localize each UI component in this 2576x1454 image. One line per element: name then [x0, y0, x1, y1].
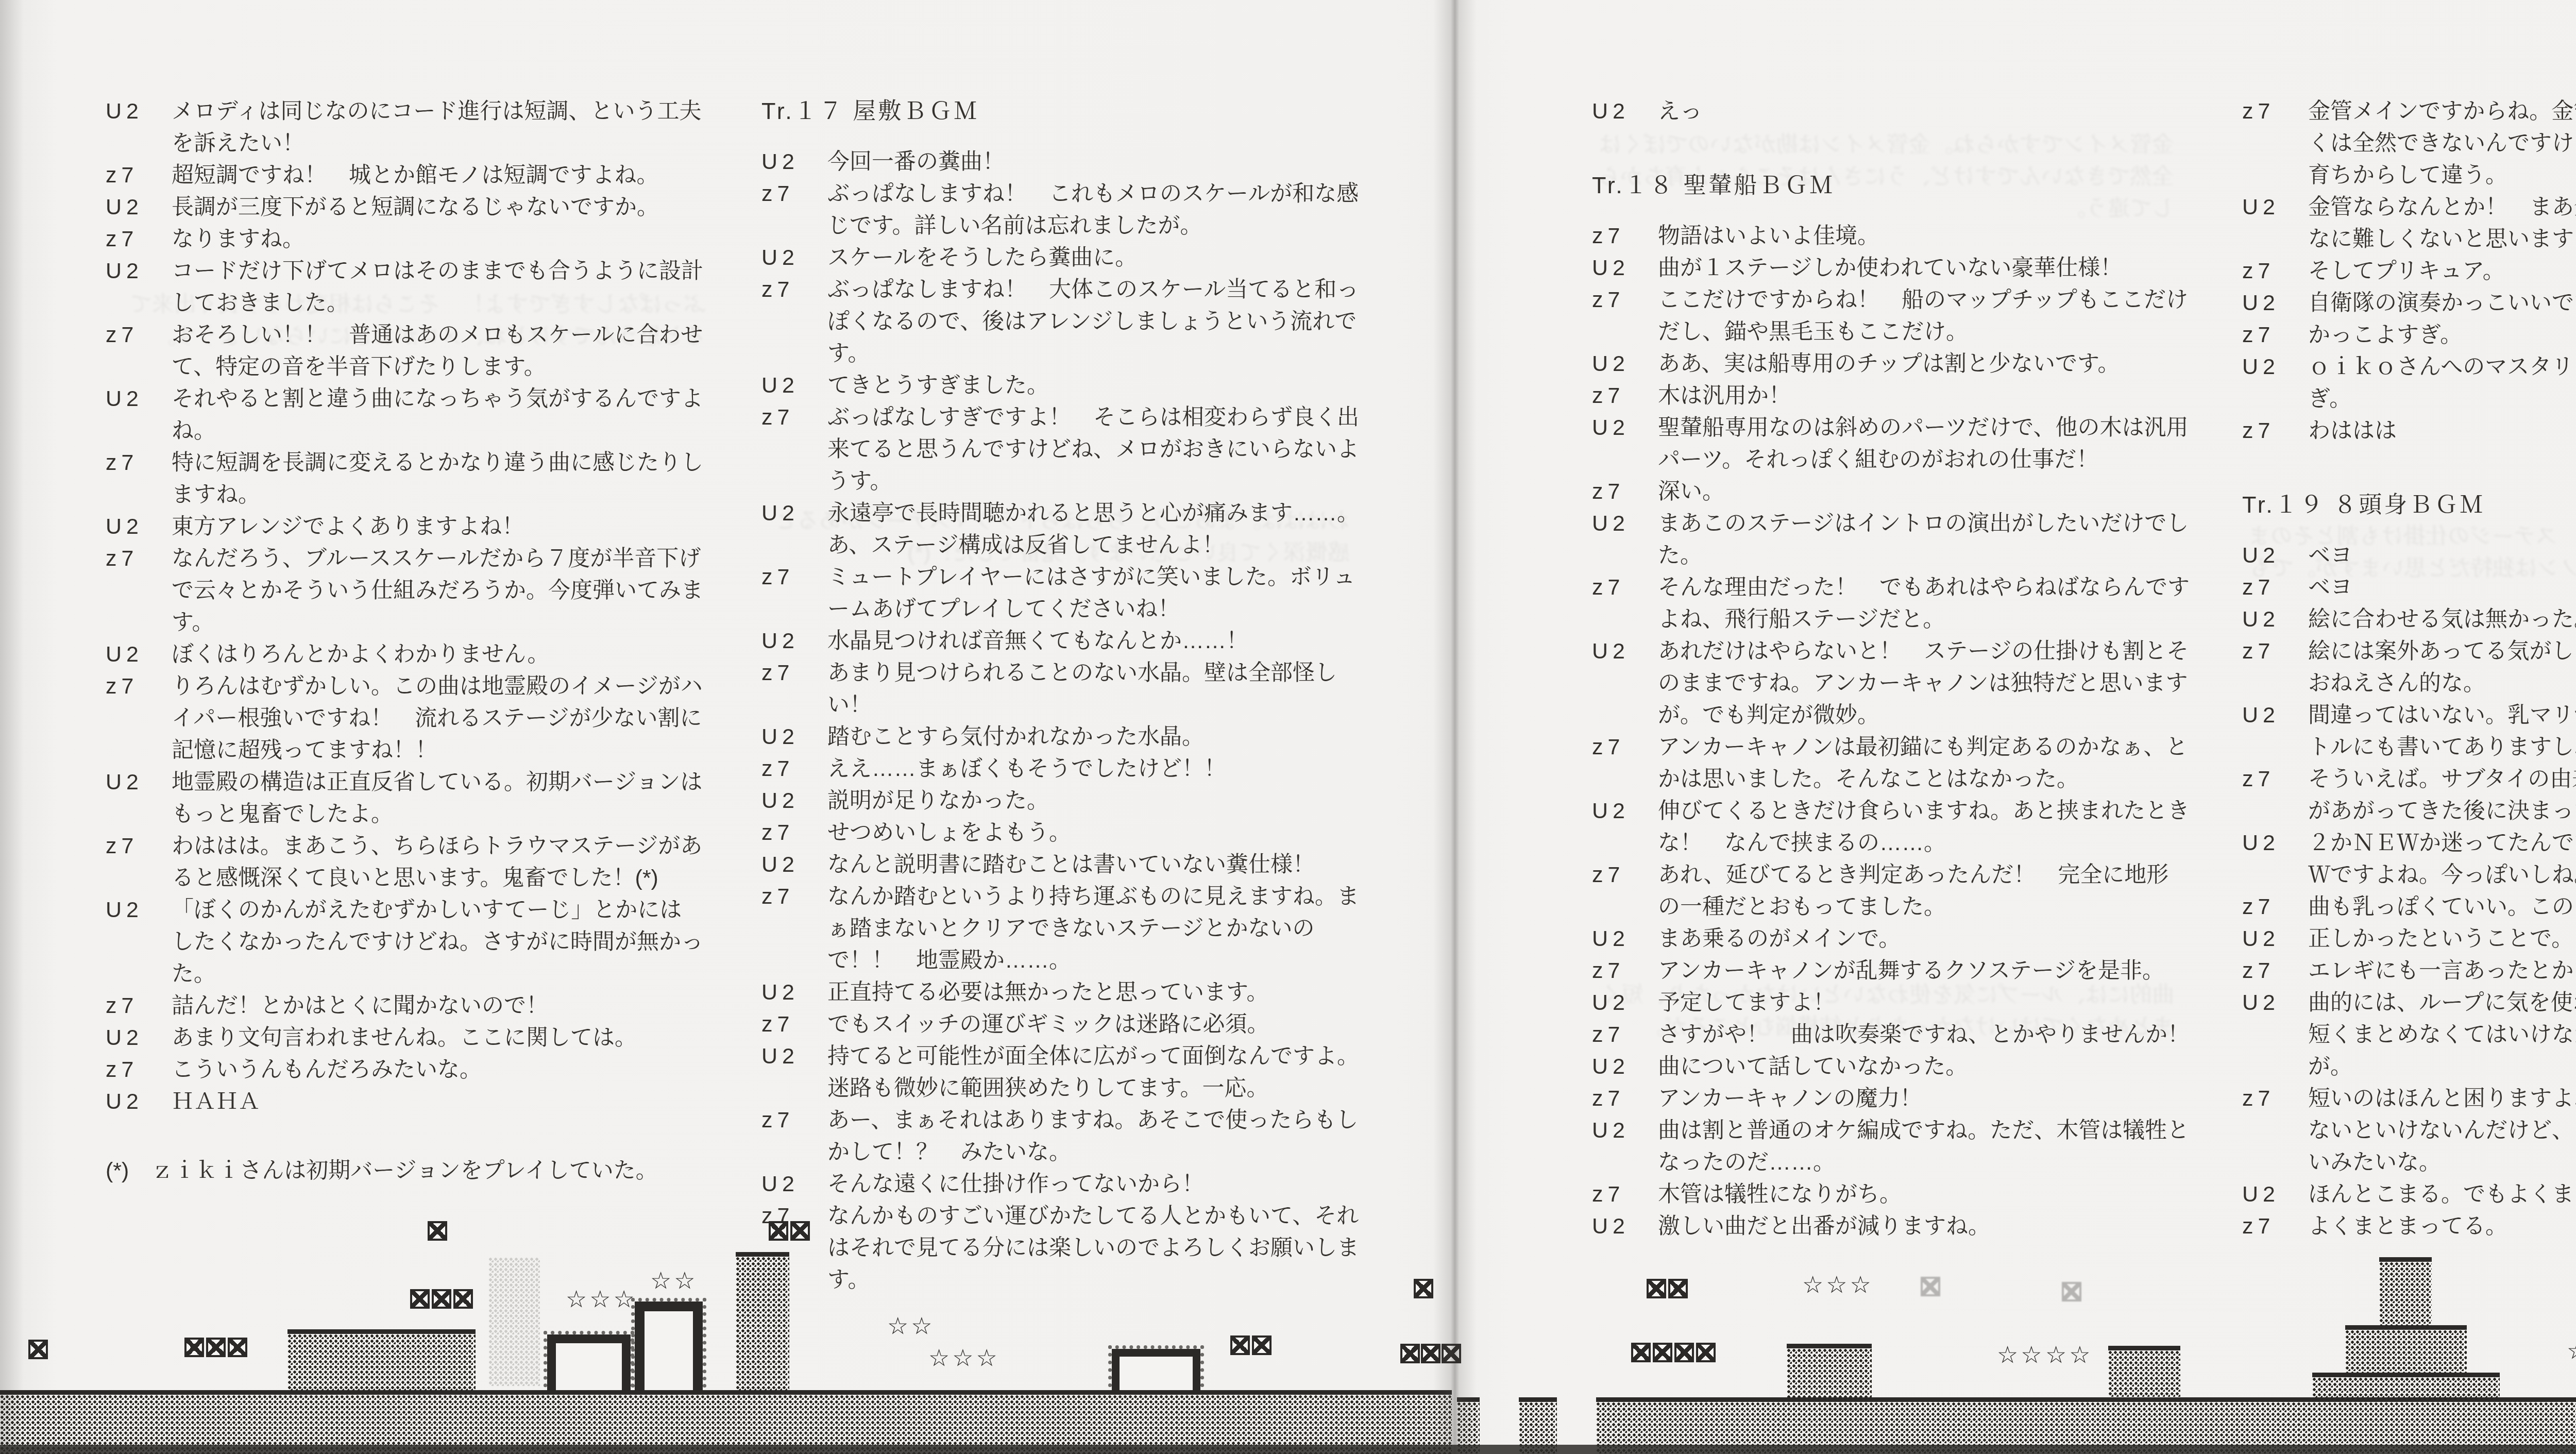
- dialogue-text: 金管ならなんとか！ まあ金管は木管に比べたらそんなに難しくないと思いますけどね。: [2308, 191, 2576, 255]
- speaker-label: z7: [1592, 1083, 1658, 1114]
- speaker-label: z7: [2242, 1210, 2308, 1242]
- speaker-label: U2: [106, 638, 172, 670]
- speaker-label: U2: [761, 785, 827, 817]
- speaker-label: U2: [106, 383, 172, 415]
- speaker-label: z7: [2242, 255, 2308, 287]
- speaker-label: z7: [1592, 731, 1658, 763]
- crate-block-icon: [428, 1221, 447, 1241]
- dialogue-line: z7かっこよすぎ。: [2242, 319, 2576, 351]
- dialogue-text: メロディは同じなのにコード進行は短調、という工夫を訴えたい！: [172, 95, 703, 159]
- star-icons: ☆☆☆: [566, 1287, 637, 1311]
- speaker-label: U2: [761, 849, 827, 881]
- dialogue-column-2: Tr.１７ 屋敷ＢＧＭU2今回一番の糞曲！z7ぶっぱなしますね！ これもメロのス…: [761, 95, 1359, 1296]
- speaker-label: U2: [2242, 827, 2308, 859]
- speaker-label: z7: [2242, 635, 2308, 667]
- goal-arch-icon: [1112, 1349, 1200, 1391]
- dialogue-line: U2持てると可能性が面全体に広がって面倒なんですよ。迷路も微妙に範囲狭めたりして…: [761, 1040, 1359, 1104]
- dialogue-text: あまり文句言われませんね。ここに関しては。: [172, 1022, 703, 1054]
- dialogue-line: z7特に短調を長調に変えるとかなり違う曲に感じたりしますね。: [106, 447, 703, 511]
- dialogue-text: なりますね。: [172, 223, 703, 255]
- speaker-label: z7: [1592, 284, 1658, 316]
- speaker-label: z7: [106, 543, 172, 574]
- speaker-label: z7: [1592, 1178, 1658, 1210]
- dialogue-text: アンカーキャノンが乱舞するクソステージを是非。: [1658, 955, 2190, 987]
- speaker-label: z7: [1592, 1019, 1658, 1051]
- crate-block-icon: [1696, 1343, 1716, 1362]
- crate-block-icon: [410, 1289, 430, 1309]
- dialogue-line: U2ｏｉｋｏさんへのマスタリングの文句がありますがつぎ。: [2242, 351, 2576, 415]
- ground: [0, 1390, 1452, 1454]
- dialogue-line: U2予定してますよ！: [1592, 987, 2190, 1019]
- dialogue-text: あまり見つけられることのない水晶。壁は全部怪しい！: [827, 657, 1359, 721]
- dialogue-line: U2曲は割と普通のオケ編成ですね。ただ、木管は犠牲となったのだ……。: [1592, 1114, 2190, 1178]
- speaker-label: z7: [106, 447, 172, 479]
- dialogue-text: かっこよすぎ。: [2308, 319, 2576, 351]
- footnote-text: (*) ｚｉｋｉさんは初期バージョンをプレイしていた。: [106, 1155, 703, 1187]
- dialogue-text: 金管メインですからね。金管メインは勘がないのでぼくは全然できないんですけど、うに…: [2308, 95, 2576, 191]
- dialogue-text: りろんはむずかしい。この曲は地霊殿のイメージがハイパー根強いですね！ 流れるステ…: [172, 670, 703, 766]
- dialogue-text: せつめいしょをよもう。: [827, 817, 1359, 849]
- speaker-label: z7: [761, 1008, 827, 1040]
- dialogue-text: なんと説明書に踏むことは書いていない糞仕様！: [827, 849, 1359, 881]
- dialogue-line: z7ミュートプレイヤーにはさすがに笑いました。ボリュームあげてプレイしてください…: [761, 561, 1359, 625]
- dialogue-line: z7超短調ですね！ 城とか館モノは短調ですよね。: [106, 159, 703, 191]
- speaker-label: U2: [761, 1040, 827, 1072]
- crate-block-icon: [184, 1338, 204, 1357]
- dialogue-line: z7木管は犠牲になりがち。: [1592, 1178, 2190, 1210]
- dialogue-text: 超短調ですね！ 城とか館モノは短調ですよね。: [172, 159, 703, 191]
- star-icons: ☆☆☆: [1802, 1273, 1874, 1296]
- dialogue-text: ほんとこまる。でもよくまとまった。: [2308, 1178, 2576, 1210]
- dialogue-line: U2てきとうすぎました。: [761, 369, 1359, 401]
- dialogue-text: そしてプリキュア。: [2308, 255, 2576, 287]
- speaker-label: U2: [761, 369, 827, 401]
- dialogue-text: ２かＮＥＷか迷ってたんですが、まあこの絵ならＮＥＷですよね。今っぽいしね。: [2308, 827, 2576, 891]
- dialogue-line: z7物語はいよいよ佳境。: [1592, 220, 2190, 252]
- dialogue-line: U2正しかったということで。: [2242, 923, 2576, 955]
- dialogue-line: z7ここだけですからね！ 船のマップチップもここだけだし、錨や黒毛玉もここだけ。: [1592, 284, 2190, 348]
- speaker-label: U2: [1592, 348, 1658, 380]
- star-icons: ☆☆☆☆: [2567, 1339, 2576, 1362]
- dialogue-text: ベヨ: [2308, 539, 2576, 571]
- dialogue-line: z7りろんはむずかしい。この曲は地霊殿のイメージがハイパー根強いですね！ 流れる…: [106, 670, 703, 766]
- speaker-label: z7: [106, 670, 172, 702]
- dialogue-line: z7でもスイッチの運びギミックは迷路に必須。: [761, 1008, 1359, 1040]
- speaker-label: U2: [1592, 412, 1658, 444]
- goal-arch-icon: [635, 1301, 703, 1391]
- dialogue-line: z7あまり見つけられることのない水晶。壁は全部怪しい！: [761, 657, 1359, 721]
- dialogue-text: 東方アレンジでよくありますよね！: [172, 511, 703, 543]
- crate-block-icon: [206, 1338, 226, 1357]
- dialogue-text: 短いのはほんと困りますよね。すぐ終わるから終わらないといけないんだけど、イントロ…: [2308, 1083, 2576, 1178]
- dialogue-line: z7アンカーキャノンが乱舞するクソステージを是非。: [1592, 955, 2190, 987]
- bleedthrough-platform: [488, 1257, 540, 1386]
- dialogue-text: ぶっぱなしますね！ 大体このスケール当てると和っぽくなるので、後はアレンジしまし…: [827, 274, 1359, 369]
- dialogue-text: さすがや！ 曲は吹奏楽ですね、とかやりませんか！: [1658, 1019, 2190, 1051]
- speaker-label: z7: [1592, 220, 1658, 252]
- star-icons: ☆☆: [2045, 1343, 2093, 1366]
- dialogue-text: 予定してますよ！: [1658, 987, 2190, 1019]
- dialogue-line: z7わははは: [2242, 415, 2576, 447]
- speaker-label: U2: [1592, 795, 1658, 827]
- speaker-label: z7: [761, 178, 827, 210]
- dialogue-text: 踏むことすら気付かれなかった水晶。: [827, 721, 1359, 753]
- dialogue-text: そんな理由だった！ でもあれはやらねばならんですよね、飛行船ステージだと。: [1658, 571, 2190, 635]
- crate-block-icon: [1252, 1335, 1272, 1355]
- dialogue-text: ｏｉｋｏさんへのマスタリングの文句がありますがつぎ。: [2308, 351, 2576, 415]
- speaker-label: U2: [1592, 923, 1658, 955]
- crate-block-icon: [1230, 1335, 1250, 1355]
- dialogue-text: まあ乗るのがメインで。: [1658, 923, 2190, 955]
- speaker-label: z7: [761, 274, 827, 306]
- dialogue-text: ベヨ: [2308, 571, 2576, 603]
- speaker-label: U2: [761, 976, 827, 1008]
- star-icons: ☆☆: [650, 1269, 698, 1292]
- dialogue-text: 曲は割と普通のオケ編成ですね。ただ、木管は犠牲となったのだ……。: [1658, 1114, 2190, 1178]
- speaker-label: z7: [106, 223, 172, 255]
- dialogue-text: 曲も乳っぽくていい。この曲は絶対貧乳ではない。: [2308, 891, 2576, 923]
- dialogue-text: 特に短調を長調に変えるとかなり違う曲に感じたりしますね。: [172, 447, 703, 511]
- dialogue-text: ＨＡＨＡ: [172, 1086, 703, 1118]
- speaker-label: U2: [2242, 603, 2308, 635]
- star-icons: ☆☆: [1997, 1343, 2044, 1366]
- dialogue-line: z7曲も乳っぽくていい。この曲は絶対貧乳ではない。: [2242, 891, 2576, 923]
- dialogue-text: アンカーキャノンは最初錨にも判定あるのかなぁ、とかは思いました。そんなことはなか…: [1658, 731, 2190, 795]
- speaker-label: z7: [761, 753, 827, 785]
- scan-edge-shadow: [0, 0, 24, 1454]
- speaker-label: z7: [761, 881, 827, 912]
- dialogue-text: こういうんもんだろみたいな。: [172, 1054, 703, 1086]
- dialogue-text: 絵に合わせる気は無かった。: [2308, 603, 2576, 635]
- speaker-label: z7: [1592, 571, 1658, 603]
- speaker-label: z7: [106, 990, 172, 1022]
- dialogue-text: 伸びてくるときだけ食らいますね。あと挟まれたときな！ なんで挟まるの……。: [1658, 795, 2190, 859]
- speaker-label: U2: [106, 191, 172, 223]
- dialogue-line: U2東方アレンジでよくありますよね！: [106, 511, 703, 543]
- crate-block-icon: [1921, 1277, 1940, 1296]
- speaker-label: U2: [1592, 1114, 1658, 1146]
- dialogue-line: z7なんか踏むというより持ち運ぶものに見えますね。まぁ踏まないとクリアできないス…: [761, 881, 1359, 976]
- dialogue-text: そんな遠くに仕掛け作ってないから！: [827, 1168, 1359, 1200]
- dialogue-line: U2正直持てる必要は無かったと思っています。: [761, 976, 1359, 1008]
- dialogue-line: U2説明が足りなかった。: [761, 785, 1359, 817]
- dialogue-line: z7木は汎用か！: [1592, 380, 2190, 412]
- dialogue-line: U2曲的には、ループに気を使わないといけなかったり、短くまとめなくてはいけなかっ…: [2242, 987, 2576, 1083]
- dialogue-text: ぶっぱなしますね！ これもメロのスケールが和な感じです。詳しい名前は忘れましたが…: [827, 178, 1359, 242]
- dialogue-text: ここだけですからね！ 船のマップチップもここだけだし、錨や黒毛玉もここだけ。: [1658, 284, 2190, 348]
- speaker-label: U2: [2242, 1178, 2308, 1210]
- speaker-label: z7: [761, 817, 827, 849]
- dialogue-text: でもスイッチの運びギミックは迷路に必須。: [827, 1008, 1359, 1040]
- dialogue-line: z7そんな理由だった！ でもあれはやらねばならんですよね、飛行船ステージだと。: [1592, 571, 2190, 635]
- dialogue-line: U2えっ: [1592, 95, 2190, 127]
- speaker-label: U2: [106, 766, 172, 798]
- dialogue-line: z7そしてプリキュア。: [2242, 255, 2576, 287]
- dialogue-text: 永遠亭で長時間聴かれると思うと心が痛みます……。あ、ステージ構成は反省してません…: [827, 497, 1359, 561]
- crate-block-icon: [1674, 1343, 1694, 1362]
- speaker-label: U2: [2242, 287, 2308, 319]
- dialogue-text: 聖輦船専用なのは斜めのパーツだけで、他の木は汎用パーツ。それっぽく組むのがおれの…: [1658, 412, 2190, 476]
- speaker-label: z7: [2242, 319, 2308, 351]
- dialogue-line: U2ぼくはりろんとかよくわかりません。: [106, 638, 703, 670]
- dialogue-text: 地霊殿の構造は正直反省している。初期バージョンはもっと鬼畜でしたよ。: [172, 766, 703, 830]
- dialogue-line: U2ベヨ: [2242, 539, 2576, 571]
- crate-block-icon: [228, 1338, 247, 1357]
- speaker-label: U2: [106, 511, 172, 543]
- dialogue-line: U2コードだけ下げてメロはそのままでも合うように設計しておきました。: [106, 255, 703, 319]
- speaker-label: U2: [761, 242, 827, 274]
- dialogue-text: 絵には案外あってる気がしませんか？ お色気オサレおねえさん的な。: [2308, 635, 2576, 699]
- dialogue-line: z7ぶっぱなしますね！ 大体このスケール当てると和っぽくなるので、後はアレンジし…: [761, 274, 1359, 369]
- crate-block-icon: [1668, 1279, 1688, 1298]
- speaker-label: z7: [761, 561, 827, 593]
- speaker-label: z7: [106, 1054, 172, 1086]
- dialogue-line: z7詰んだ！とかはとくに聞かないので！: [106, 990, 703, 1022]
- dialogue-line: z7さすがや！ 曲は吹奏楽ですね、とかやりませんか！: [1592, 1019, 2190, 1051]
- dialogue-text: 正しかったということで。: [2308, 923, 2576, 955]
- dialogue-line: U2聖輦船専用なのは斜めのパーツだけで、他の木は汎用パーツ。それっぽく組むのがお…: [1592, 412, 2190, 476]
- dialogue-text: それやると割と違う曲になっちゃう気がするんですよね。: [172, 383, 703, 447]
- speaker-label: U2: [761, 1168, 827, 1200]
- dialogue-line: U2踏むことすら気付かれなかった水晶。: [761, 721, 1359, 753]
- dialogue-text: わははは。まあこう、ちらほらトラウマステージがあると感慨深くて良いと思います。鬼…: [172, 830, 703, 894]
- speaker-label: z7: [106, 159, 172, 191]
- dialogue-text: 木は汎用か！: [1658, 380, 2190, 412]
- dialogue-line: U2永遠亭で長時間聴かれると思うと心が痛みます……。あ、ステージ構成は反省してま…: [761, 497, 1359, 561]
- crate-block-icon: [1653, 1343, 1672, 1362]
- dialogue-text: なんだろう、ブルーススケールだから７度が半音下げで云々とかそういう仕組みだろうか…: [172, 543, 703, 638]
- dialogue-line: U2なんと説明書に踏むことは書いていない糞仕様！: [761, 849, 1359, 881]
- dialogue-line: U2そんな遠くに仕掛け作ってないから！: [761, 1168, 1359, 1200]
- star-icons: ☆☆☆: [928, 1346, 1000, 1370]
- dialogue-line: z7せつめいしょをよもう。: [761, 817, 1359, 849]
- dialogue-line: U2自衛隊の演奏かっこいいですよね。: [2242, 287, 2576, 319]
- dialogue-line: z7エレギにも一言あったとかなんとか。: [2242, 955, 2576, 987]
- dialogue-line: U2それやると割と違う曲になっちゃう気がするんですよね。: [106, 383, 703, 447]
- dialogue-text: なんかものすごい運びかたしてる人とかもいて、それはそれで見てる分には楽しいのでよ…: [827, 1200, 1359, 1296]
- dialogue-text: 自衛隊の演奏かっこいいですよね。: [2308, 287, 2576, 319]
- star-icons: ☆☆: [887, 1314, 935, 1338]
- crate-block-icon: [28, 1340, 48, 1359]
- dialogue-text: 今回一番の糞曲！: [827, 146, 1359, 178]
- speaker-label: z7: [1592, 476, 1658, 508]
- dialogue-line: U2地霊殿の構造は正直反省している。初期バージョンはもっと鬼畜でしたよ。: [106, 766, 703, 830]
- dialogue-line: U2「ぼくのかんがえたむずかしいすてーじ」とかにはしたくなかったんですけどね。さ…: [106, 894, 703, 990]
- dialogue-line: z7おそろしい！！ 普通はあのメロもスケールに合わせて、特定の音を半音下げたりし…: [106, 319, 703, 383]
- dialogue-line: U2今回一番の糞曲！: [761, 146, 1359, 178]
- dialogue-text: エレギにも一言あったとかなんとか。: [2308, 955, 2576, 987]
- dialogue-line: U2まあ乗るのがメインで。: [1592, 923, 2190, 955]
- dialogue-text: アンカーキャノンの魔力！: [1658, 1083, 2190, 1114]
- dialogue-line: z7こういうんもんだろみたいな。: [106, 1054, 703, 1086]
- dialogue-text: あー、まぁそれはありますね。あそこで使ったらもしかして！？ みたいな。: [827, 1104, 1359, 1168]
- speaker-label: U2: [1592, 635, 1658, 667]
- dialogue-line: U2水晶見つければ音無くてもなんとか……！: [761, 625, 1359, 657]
- dialogue-text: ええ……まぁぼくもそうでしたけど！！: [827, 753, 1359, 785]
- dialogue-text: 水晶見つければ音無くてもなんとか……！: [827, 625, 1359, 657]
- dialogue-line: U2ＨＡＨＡ: [106, 1086, 703, 1118]
- dialogue-line: z7なんかものすごい運びかたしてる人とかもいて、それはそれで見てる分には楽しいの…: [761, 1200, 1359, 1296]
- dialogue-line: z7なりますね。: [106, 223, 703, 255]
- dialogue-text: あれだけはやらないと！ ステージの仕掛けも割とそのままですね。アンカーキャノンは…: [1658, 635, 2190, 731]
- speaker-label: z7: [2242, 1083, 2308, 1114]
- dialogue-line: U2曲について話していなかった。: [1592, 1051, 2190, 1083]
- speaker-label: z7: [761, 657, 827, 689]
- dialogue-text: 曲が１ステージしか使われていない豪華仕様！: [1658, 252, 2190, 284]
- dialogue-text: なんか踏むというより持ち運ぶものに見えますね。まぁ踏まないとクリアできないステー…: [827, 881, 1359, 976]
- speaker-label: z7: [761, 1104, 827, 1136]
- track-heading: Tr.１９ ８頭身ＢＧＭ: [2242, 489, 2576, 521]
- dialogue-line: z7なんだろう、ブルーススケールだから７度が半音下げで云々とかそういう仕組みだろ…: [106, 543, 703, 638]
- crate-block-icon: [432, 1289, 451, 1309]
- dialogue-column-1: U2メロディは同じなのにコード進行は短調、という工夫を訴えたい！z7超短調ですね…: [106, 95, 703, 1187]
- speaker-label: U2: [2242, 191, 2308, 223]
- crate-block-icon: [453, 1289, 473, 1309]
- dialogue-line: z7ベヨ: [2242, 571, 2576, 603]
- speaker-label: U2: [1592, 252, 1658, 284]
- speaker-label: U2: [1592, 1210, 1658, 1242]
- track-heading: Tr.１７ 屋敷ＢＧＭ: [761, 95, 1359, 127]
- dialogue-line: U2金管ならなんとか！ まあ金管は木管に比べたらそんなに難しくないと思いますけど…: [2242, 191, 2576, 255]
- speaker-label: U2: [2242, 923, 2308, 955]
- dialogue-line: z7そういえば。サブタイの由来は、本当に８頭身のラフがあがってきた後に決まったと…: [2242, 763, 2576, 827]
- dialogue-line: U2ほんとこまる。でもよくまとまった。: [2242, 1178, 2576, 1210]
- dialogue-text: 間違ってはいない。乳マリサランドってちゃんとタイトルにも書いてありますしね。: [2308, 699, 2576, 763]
- speaker-label: U2: [2242, 699, 2308, 731]
- dialogue-line: U2あれだけはやらないと！ ステージの仕掛けも割とそのままですね。アンカーキャノ…: [1592, 635, 2190, 731]
- dialogue-text: 木管は犠牲になりがち。: [1658, 1178, 2190, 1210]
- speaker-label: U2: [761, 721, 827, 753]
- pillar: [736, 1252, 789, 1396]
- speaker-label: z7: [2242, 891, 2308, 923]
- speaker-label: U2: [1592, 508, 1658, 539]
- dialogue-text: コードだけ下げてメロはそのままでも合うように設計しておきました。: [172, 255, 703, 319]
- dialogue-text: そういえば。サブタイの由来は、本当に８頭身のラフがあがってきた後に決まったという…: [2308, 763, 2576, 827]
- dialogue-line: U2長調が三度下がると短調になるじゃないですか。: [106, 191, 703, 223]
- speaker-label: U2: [761, 146, 827, 178]
- dialogue-text: スケールをそうしたら糞曲に。: [827, 242, 1359, 274]
- speaker-label: U2: [2242, 987, 2308, 1019]
- dialogue-line: z7ぶっぱなしすぎですよ！ そこらは相変わらず良く出来てると思うんですけどね、メ…: [761, 401, 1359, 497]
- dialogue-text: あれ、延びてるとき判定あったんだ！ 完全に地形の一種だとおもってました。: [1658, 859, 2190, 923]
- dialogue-text: ぶっぱなしすぎですよ！ そこらは相変わらず良く出来てると思うんですけどね、メロが…: [827, 401, 1359, 497]
- dialogue-line: U2ああ、実は船専用のチップは割と少ないです。: [1592, 348, 2190, 380]
- booklet-scan: ぶっぱなしすぎですよ！ そこらは相変わらず良く出来てると思うんですけどね、メロが…: [0, 0, 2576, 1454]
- dialogue-text: 長調が三度下がると短調になるじゃないですか。: [172, 191, 703, 223]
- dialogue-text: ああ、実は船専用のチップは割と少ないです。: [1658, 348, 2190, 380]
- dialogue-text: えっ: [1658, 95, 2190, 127]
- dialogue-text: 説明が足りなかった。: [827, 785, 1359, 817]
- dialogue-text: おそろしい！！ 普通はあのメロもスケールに合わせて、特定の音を半音下げたりします…: [172, 319, 703, 383]
- dialogue-line: z7アンカーキャノンの魔力！: [1592, 1083, 2190, 1114]
- speaker-label: z7: [1592, 380, 1658, 412]
- dialogue-text: 激しい曲だと出番が減りますね。: [1658, 1210, 2190, 1242]
- ground: [1457, 1397, 1480, 1454]
- speaker-label: z7: [2242, 415, 2308, 447]
- dialogue-line: U2伸びてくるときだけ食らいますね。あと挟まれたときな！ なんで挟まるの……。: [1592, 795, 2190, 859]
- crate-block-icon: [2062, 1282, 2081, 1301]
- speaker-label: z7: [2242, 571, 2308, 603]
- speaker-label: U2: [106, 1022, 172, 1054]
- speaker-label: z7: [761, 401, 827, 433]
- speaker-label: z7: [1592, 859, 1658, 891]
- crate-block-icon: [1400, 1344, 1420, 1363]
- dialogue-line: z7短いのはほんと困りますよね。すぐ終わるから終わらないといけないんだけど、イン…: [2242, 1083, 2576, 1178]
- speaker-label: z7: [1592, 955, 1658, 987]
- pyramid-tier: [2345, 1325, 2467, 1377]
- dialogue-text: 詰んだ！とかはとくに聞かないので！: [172, 990, 703, 1022]
- dialogue-text: ミュートプレイヤーにはさすがに笑いました。ボリュームあげてプレイしてくださいね！: [827, 561, 1359, 625]
- platform: [287, 1329, 476, 1396]
- dialogue-line: z7アンカーキャノンは最初錨にも判定あるのかなぁ、とかは思いました。そんなことは…: [1592, 731, 2190, 795]
- crate-block-icon: [1414, 1279, 1433, 1298]
- dialogue-text: 持てると可能性が面全体に広がって面倒なんですよ。迷路も微妙に範囲狭めたりしてます…: [827, 1040, 1359, 1104]
- dialogue-text: 曲について話していなかった。: [1658, 1051, 2190, 1083]
- track-heading: Tr.１８ 聖輦船ＢＧＭ: [1592, 170, 2190, 201]
- dialogue-line: U2メロディは同じなのにコード進行は短調、という工夫を訴えたい！: [106, 95, 703, 159]
- crate-block-icon: [1647, 1279, 1666, 1298]
- dialogue-text: よくまとまってる。: [2308, 1210, 2576, 1242]
- dialogue-text: ぼくはりろんとかよくわかりません。: [172, 638, 703, 670]
- speaker-label: U2: [2242, 351, 2308, 383]
- dialogue-line: z7ぶっぱなしますね！ これもメロのスケールが和な感じです。詳しい名前は忘れまし…: [761, 178, 1359, 242]
- speaker-label: U2: [106, 255, 172, 287]
- crate-block-icon: [1631, 1343, 1651, 1362]
- dialogue-line: U2まあこのステージはイントロの演出がしたいだけでした。: [1592, 508, 2190, 571]
- dialogue-text: 物語はいよいよ佳境。: [1658, 220, 2190, 252]
- dialogue-line: U2あまり文句言われませんね。ここに関しては。: [106, 1022, 703, 1054]
- crate-block-icon: [769, 1221, 788, 1241]
- dialogue-text: 正直持てる必要は無かったと思っています。: [827, 976, 1359, 1008]
- ground: [1519, 1397, 1557, 1454]
- goal-arch-icon: [547, 1334, 631, 1391]
- dialogue-text: 曲的には、ループに気を使わないといけなかったり、短くまとめなくてはいけなかったり…: [2308, 987, 2576, 1083]
- dialogue-text: まあこのステージはイントロの演出がしたいだけでした。: [1658, 508, 2190, 571]
- crate-block-icon: [1421, 1344, 1440, 1363]
- dialogue-line: U2間違ってはいない。乳マリサランドってちゃんとタイトルにも書いてありますしね。: [2242, 699, 2576, 763]
- dialogue-line: z7ええ……まぁぼくもそうでしたけど！！: [761, 753, 1359, 785]
- speaker-label: z7: [2242, 763, 2308, 795]
- speaker-label: U2: [1592, 1051, 1658, 1083]
- dialogue-line: z7わははは。まあこう、ちらほらトラウマステージがあると感慨深くて良いと思います…: [106, 830, 703, 894]
- speaker-label: U2: [106, 1086, 172, 1118]
- dialogue-text: 「ぼくのかんがえたむずかしいすてーじ」とかにはしたくなかったんですけどね。さすが…: [172, 894, 703, 990]
- speaker-label: z7: [2242, 95, 2308, 127]
- dialogue-text: 深い。: [1658, 476, 2190, 508]
- dialogue-line: z7よくまとまってる。: [2242, 1210, 2576, 1242]
- speaker-label: z7: [106, 830, 172, 862]
- speaker-label: z7: [106, 319, 172, 351]
- dialogue-line: U2激しい曲だと出番が減りますね。: [1592, 1210, 2190, 1242]
- dialogue-line: z7あれ、延びてるとき判定あったんだ！ 完全に地形の一種だとおもってました。: [1592, 859, 2190, 923]
- crate-block-icon: [790, 1221, 810, 1241]
- speaker-label: U2: [761, 497, 827, 529]
- dialogue-line: U2絵に合わせる気は無かった。: [2242, 603, 2576, 635]
- dialogue-line: U2２かＮＥＷか迷ってたんですが、まあこの絵ならＮＥＷですよね。今っぽいしね。: [2242, 827, 2576, 891]
- ground: [1596, 1397, 2576, 1454]
- dialogue-text: てきとうすぎました。: [827, 369, 1359, 401]
- dialogue-text: わははは: [2308, 415, 2576, 447]
- dialogue-line: U2曲が１ステージしか使われていない豪華仕様！: [1592, 252, 2190, 284]
- pyramid-tier: [2379, 1257, 2432, 1329]
- speaker-label: U2: [106, 894, 172, 926]
- dialogue-line: z7あー、まぁそれはありますね。あそこで使ったらもしかして！？ みたいな。: [761, 1104, 1359, 1168]
- speaker-label: U2: [1592, 95, 1658, 127]
- crate-block-icon: [1442, 1344, 1461, 1363]
- page-fold-shadow: [1433, 0, 1477, 1454]
- dialogue-line: U2スケールをそうしたら糞曲に。: [761, 242, 1359, 274]
- dialogue-column-3: U2えっTr.１８ 聖輦船ＢＧＭz7物語はいよいよ佳境。U2曲が１ステージしか使…: [1592, 95, 2190, 1242]
